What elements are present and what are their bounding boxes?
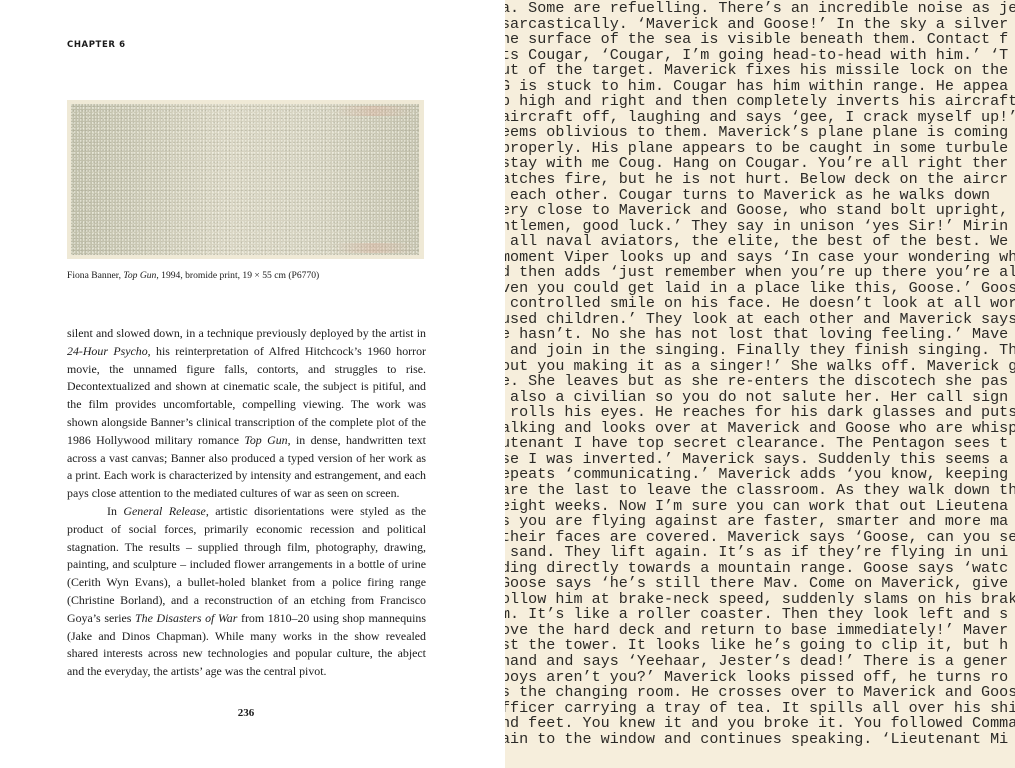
paragraph-1: silent and slowed down, in a technique p…	[67, 325, 426, 503]
page-number: 236	[236, 707, 256, 719]
paragraph-2-text: , artistic disorientations were styled a…	[67, 504, 426, 625]
title-top-gun: Top Gun	[244, 433, 287, 447]
figure-tint-top	[334, 106, 414, 116]
figure-print-texture	[71, 104, 419, 255]
left-book-page: CHAPTER 6 Fiona Banner, Top Gun, 1994, b…	[0, 0, 505, 768]
caption-artist: Fiona Banner,	[67, 270, 123, 281]
typed-text-block: a. Some are refuelling. There’s an incre…	[505, 1, 1015, 747]
paragraph-1-text: , his reinterpretation of Alfred Hitchco…	[67, 344, 426, 447]
body-text: silent and slowed down, in a technique p…	[67, 325, 426, 681]
title-disasters-of-war: The Disasters of War	[135, 611, 237, 625]
paragraph-1-text: silent and slowed down, in a technique p…	[67, 326, 426, 340]
paragraph-2: In General Release, artistic disorientat…	[67, 503, 426, 681]
title-24-hour-psycho: 24-Hour Psycho	[67, 344, 148, 358]
chapter-heading: CHAPTER 6	[67, 40, 126, 50]
paragraph-2-text: In	[107, 504, 123, 518]
caption-details: , 1994, bromide print, 19 × 55 cm (P6770…	[156, 270, 319, 281]
right-page-typed-transcript: a. Some are refuelling. There’s an incre…	[505, 0, 1015, 768]
caption-title: Top Gun	[123, 270, 156, 281]
figure-tint-bottom	[334, 243, 414, 253]
title-general-release: General Release	[123, 504, 205, 518]
figure-image-top-gun-print	[67, 100, 424, 259]
figure-caption: Fiona Banner, Top Gun, 1994, bromide pri…	[67, 270, 427, 281]
typed-line: ain to the window and continues speaking…	[505, 732, 1015, 748]
